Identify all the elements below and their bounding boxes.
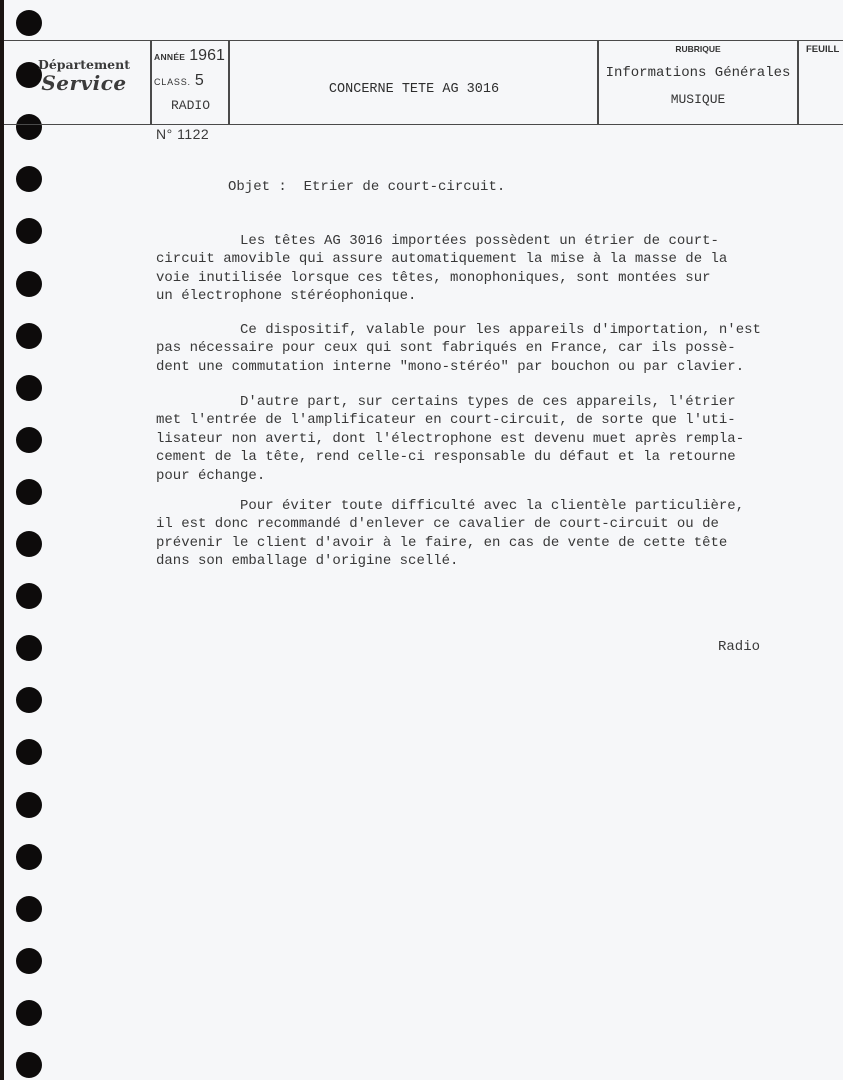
rubrique-label: RUBRIQUE — [599, 44, 797, 54]
punch-hole — [16, 687, 42, 713]
punch-hole — [16, 635, 42, 661]
punch-hole — [16, 166, 42, 192]
punch-hole — [16, 1000, 42, 1026]
punch-hole — [16, 323, 42, 349]
paragraph: Ce dispositif, valable pour les appareil… — [156, 321, 796, 376]
department-label: Département — [34, 58, 134, 72]
punch-hole — [16, 271, 42, 297]
punch-hole — [16, 218, 42, 244]
class-field: CLASS.5 — [154, 72, 230, 90]
punch-hole — [16, 583, 42, 609]
punch-hole — [16, 479, 42, 505]
punch-hole — [16, 844, 42, 870]
paragraph: D'autre part, sur certains types de ces … — [156, 393, 796, 485]
department-name: Service — [34, 72, 134, 94]
punch-hole — [16, 375, 42, 401]
subject-title: CONCERNE TETE AG 3016 — [231, 82, 597, 97]
punch-hole — [16, 948, 42, 974]
punch-hole — [16, 427, 42, 453]
objet-line: Objet : Etrier de court-circuit. — [228, 178, 843, 196]
rubrique-subvalue: MUSIQUE — [599, 92, 797, 107]
punch-hole — [16, 896, 42, 922]
punch-hole — [16, 1052, 42, 1078]
signature: Radio — [718, 639, 760, 655]
paragraph: Les têtes AG 3016 importées possèdent un… — [156, 232, 796, 306]
class-label: CLASS. — [154, 77, 191, 87]
paragraph: Pour éviter toute difficulté avec la cli… — [156, 497, 796, 571]
category: RADIO — [152, 98, 229, 113]
annee-value: 1961 — [189, 47, 225, 64]
punch-hole — [16, 114, 42, 140]
rubrique-value: Informations Générales — [599, 65, 797, 81]
department-logo: Département Service — [34, 58, 134, 94]
header-divider — [797, 40, 799, 125]
punch-hole — [16, 10, 42, 36]
punch-hole — [16, 792, 42, 818]
punch-hole — [16, 531, 42, 557]
document-number: N° 1122 — [156, 126, 209, 142]
annee-field: ANNÉE1961 — [154, 47, 230, 65]
annee-label: ANNÉE — [154, 52, 185, 62]
binder-edge — [0, 0, 4, 1080]
punch-hole — [16, 739, 42, 765]
header-top-rule — [4, 40, 843, 41]
header-bottom-rule — [4, 124, 843, 125]
feuille-label: FEUILL — [806, 44, 839, 55]
class-value: 5 — [195, 72, 204, 89]
